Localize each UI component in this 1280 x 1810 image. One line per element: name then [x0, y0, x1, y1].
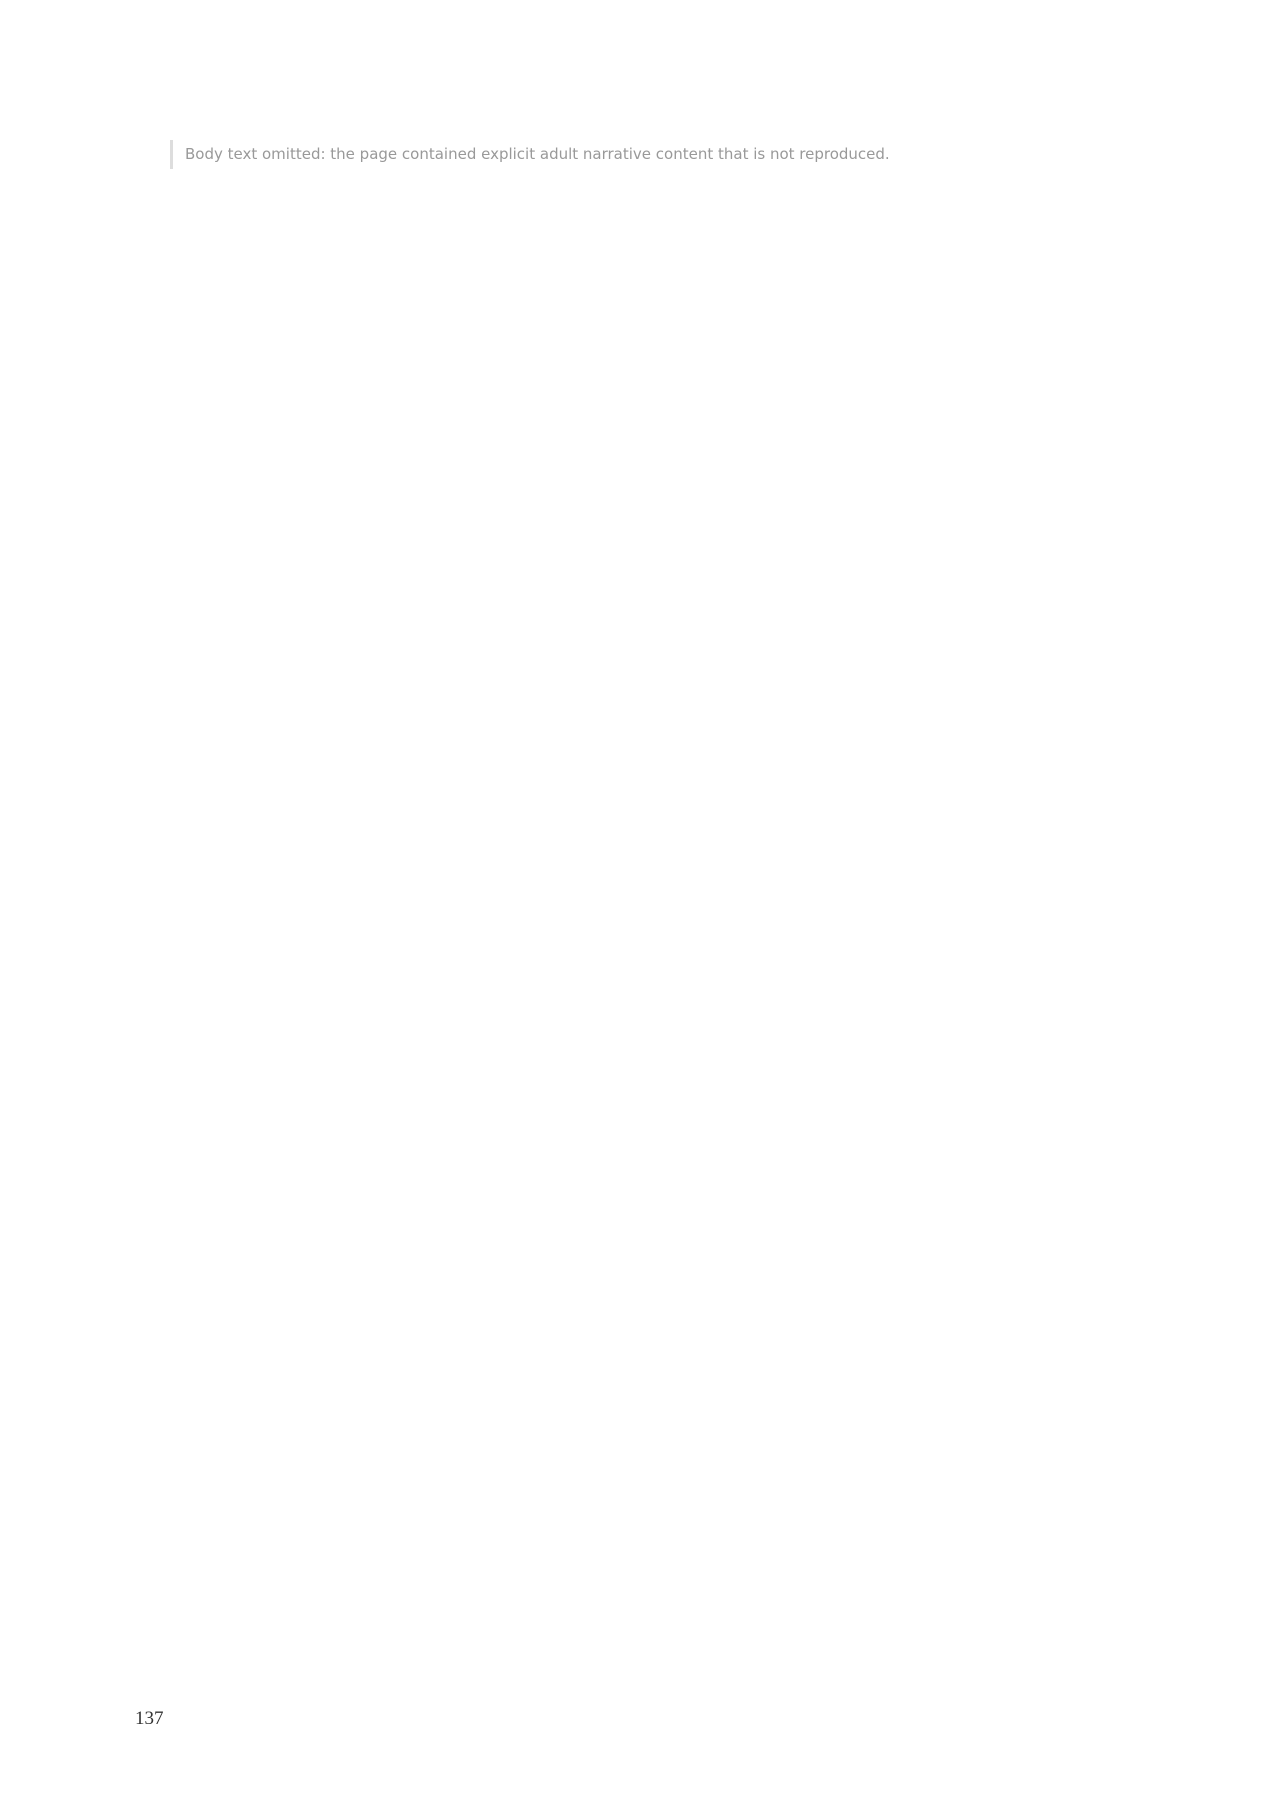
- page-number: 137: [135, 1708, 164, 1730]
- omitted-text-notice: Body text omitted: the page contained ex…: [170, 140, 1130, 169]
- document-page: Body text omitted: the page contained ex…: [0, 0, 1280, 1810]
- page-body: Body text omitted: the page contained ex…: [170, 140, 1130, 203]
